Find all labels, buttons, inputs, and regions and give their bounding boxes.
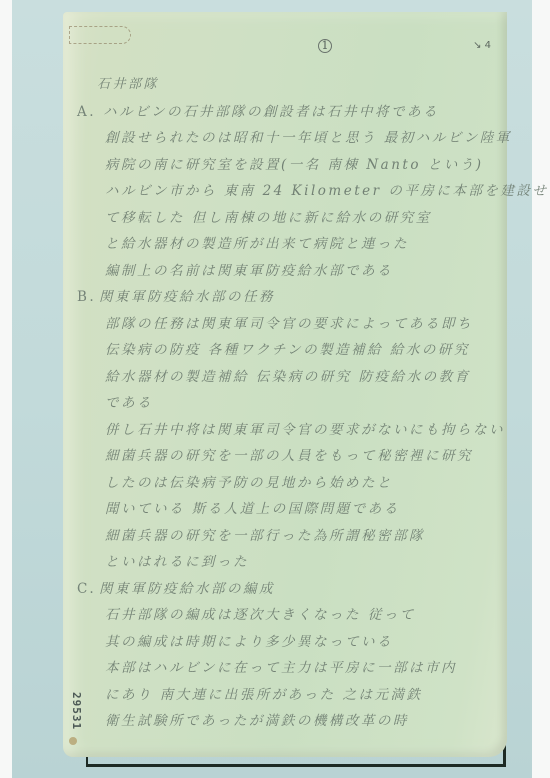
line-text: ハルビン市から 東南 24 Kilometer の平房に本部を建設せられ [105,178,550,204]
section-marker: A. [77,99,95,125]
line-text: 創設せられたのは昭和十一年頃と思う 最初ハルビン陸軍 [105,125,512,151]
line-text: 病院の南に研究室を設置(一名 南棟 Nanto という) [105,152,484,178]
manuscript-line: 其の編成は時期により多少異なっている [77,629,497,656]
section-marker: C. [77,576,95,602]
line-text: 細菌兵器の研究を一部行った為所謂秘密部隊 [105,523,425,549]
line-text: ハルビンの石井部隊の創設者は石井中将である [103,99,439,125]
manuscript-line: 創設せられたのは昭和十一年頃と思う 最初ハルビン陸軍 [77,125,497,152]
manuscript-line: て移転した 但し南棟の地に新に給水の研究室 [77,205,497,232]
line-text: したのは伝染病予防の見地から始めたと [105,470,393,496]
manuscript-line: と給水器材の製造所が出来て病院と連った [77,231,497,258]
line-text: にあり 南大連に出張所があった 之は元満鉄 [105,682,422,708]
manuscript-line: C. 関東軍防疫給水部の編成 [77,576,497,603]
line-text: である [105,390,153,416]
section-marker: B. [77,284,95,310]
line-text: 部隊の任務は関東軍司令官の要求によってある即ち [105,311,473,337]
manuscript-line: 衛生試験所であったが満鉄の機構改革の時 [77,708,497,735]
line-text: 聞いている 斯る人道上の国際問題である [105,496,400,522]
manuscript-line: B. 関東軍防疫給水部の任務 [77,284,497,311]
manuscript-line: にあり 南大連に出張所があった 之は元満鉄 [77,682,497,709]
manuscript-line: ハルビン市から 東南 24 Kilometer の平房に本部を建設せられ [77,178,497,205]
line-text: 編制上の名前は関東軍防疫給水部である [105,258,393,284]
line-text: 給水器材の製造補給 伝染病の研究 防疫給水の教育 [105,364,471,390]
manuscript-line: 部隊の任務は関東軍司令官の要求によってある即ち [77,311,497,338]
manuscript-line: したのは伝染病予防の見地から始めたと [77,470,497,497]
manuscript-page: 1 ↘ 4 石井部隊 A. ハルビンの石井部隊の創設者は石井中将である 創設せら… [63,12,507,757]
line-text: 関東軍防疫給水部の編成 [99,576,275,602]
manuscript-line: といはれるに到った [77,549,497,576]
manuscript-line: 併し石井中将は関東軍司令官の要求がないにも拘らない [77,417,497,444]
line-text: 伝染病の防疫 各種ワクチンの製造補給 給水の研究 [105,337,470,363]
line-text: 関東軍防疫給水部の任務 [99,284,275,310]
archive-stamp-number: 29531 [70,692,83,730]
line-text: 衛生試験所であったが満鉄の機構改革の時 [105,708,409,734]
line-text: といはれるに到った [105,549,249,575]
line-text: 併し石井中将は関東軍司令官の要求がないにも拘らない [105,417,505,443]
line-text: 本部はハルビンに在って主力は平房に一部は市内 [105,655,457,681]
manuscript-line: 石井部隊 [77,72,497,99]
page-number-mark: 1 [318,39,332,53]
manuscript-line: 給水器材の製造補給 伝染病の研究 防疫給水の教育 [77,364,497,391]
line-text: て移転した 但し南棟の地に新に給水の研究室 [105,205,432,231]
manuscript-line: 編制上の名前は関東軍防疫給水部である [77,258,497,285]
line-text: と給水器材の製造所が出来て病院と連った [105,231,409,257]
stain-mark [69,737,77,745]
manuscript-line: 本部はハルビンに在って主力は平房に一部は市内 [77,655,497,682]
line-text: 細菌兵器の研究を一部の人員をもって秘密裡に研究 [105,443,473,469]
corner-annotation: ↘ 4 [473,40,491,51]
manuscript-line: 病院の南に研究室を設置(一名 南棟 Nanto という) [77,152,497,179]
manuscript-line: 聞いている 斯る人道上の国際問題である [77,496,497,523]
manuscript-line: 細菌兵器の研究を一部行った為所謂秘密部隊 [77,523,497,550]
manuscript-line: 伝染病の防疫 各種ワクチンの製造補給 給水の研究 [77,337,497,364]
manuscript-line: である [77,390,497,417]
manuscript-text: 石井部隊 A. ハルビンの石井部隊の創設者は石井中将である 創設せられたのは昭和… [77,72,497,735]
manuscript-line: 石井部隊の編成は逐次大きくなった 従って [77,602,497,629]
line-text: 石井部隊の編成は逐次大きくなった 従って [105,602,416,628]
manuscript-line: 細菌兵器の研究を一部の人員をもって秘密裡に研究 [77,443,497,470]
line-text: 其の編成は時期により多少異なっている [105,629,393,655]
line-text: 石井部隊 [97,72,159,98]
fold-mark [69,26,131,44]
manuscript-line: A. ハルビンの石井部隊の創設者は石井中将である [77,99,497,126]
